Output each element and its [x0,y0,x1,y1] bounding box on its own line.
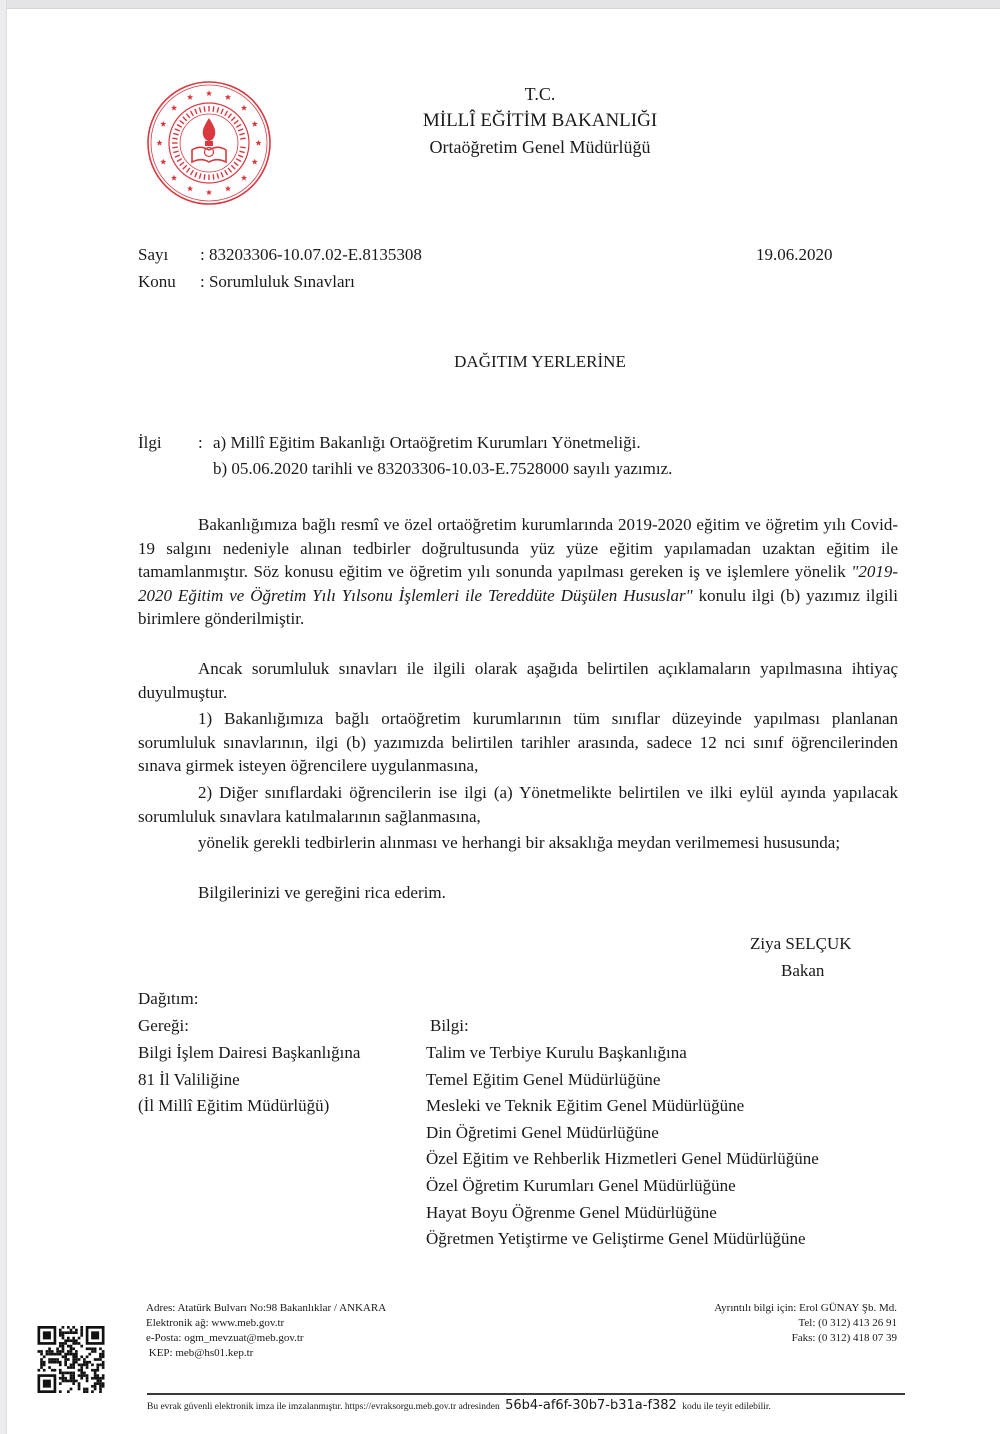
bilgi-item: Özel Öğretim Kurumları Genel Müdürlüğüne [426,1173,819,1200]
viewer-left-edge [0,0,7,1434]
body-paragraph-2: Ancak sorumluluk sınavları ile ilgili ol… [138,657,898,704]
konu-label: Konu [138,272,200,292]
ilgi-label: İlgi [138,433,162,453]
body-paragraph-5: yönelik gerekli tedbirlerin alınması ve … [138,831,898,855]
geregi-list: Bilgi İşlem Dairesi Başkanlığına 81 İl V… [138,1040,360,1120]
footer-contact-left: Adres: Atatürk Bulvarı No:98 Bakanlıklar… [146,1301,386,1361]
document-date: 19.06.2020 [756,245,833,265]
header-directorate: Ortaöğretim Genel Müdürlüğü [340,137,740,158]
header-tc: T.C. [340,84,740,105]
addressee: DAĞITIM YERLERİNE [340,352,740,372]
bilgi-item: Temel Eğitim Genel Müdürlüğüne [426,1067,819,1094]
sayi-label: Sayı [138,245,200,265]
verification-note: Bu evrak güvenli elektronik imza ile imz… [147,1398,771,1413]
sayi-value: : 83203306-10.07.02-E.8135308 [200,245,422,264]
footer-email: e-Posta: ogm_mevzuat@meb.gov.tr [146,1331,386,1346]
body-paragraph-1: Bakanlığımıza bağlı resmî ve özel ortaöğ… [138,513,898,631]
sayi-row: Sayı: 83203306-10.07.02-E.8135308 [138,245,422,265]
geregi-item: Bilgi İşlem Dairesi Başkanlığına [138,1040,360,1067]
geregi-item: 81 İl Valiliğine [138,1067,360,1094]
ilgi-a: a) Millî Eğitim Bakanlığı Ortaöğretim Ku… [213,433,641,453]
ilgi-colon: : [198,433,203,453]
footer-kep: KEP: meb@hs01.kep.tr [146,1346,386,1361]
verify-suffix: kodu ile teyit edilebilir. [682,1402,771,1412]
footer-divider [147,1393,905,1395]
body-paragraph-4: 2) Diğer sınıflardaki öğrencilerin ise i… [138,781,898,828]
footer-fax: Faks: (0 312) 418 07 39 [714,1331,897,1346]
konu-row: Konu: Sorumluluk Sınavları [138,272,355,292]
footer-contact-person: Ayrıntılı bilgi için: Erol GÜNAY Şb. Md. [714,1301,897,1316]
ministry-seal-icon [146,80,272,206]
bilgi-label: Bilgi: [430,1016,469,1036]
p1-text-start: Bakanlığımıza bağlı resmî ve özel ortaöğ… [138,515,898,581]
bilgi-item: Din Öğretimi Genel Müdürlüğüne [426,1120,819,1147]
ilgi-b: b) 05.06.2020 tarihli ve 83203306-10.03-… [213,459,672,479]
geregi-label: Gereği: [138,1016,189,1036]
verify-code: 56b4-af6f-30b7-b31a-f382 [505,1398,677,1413]
footer-web: Elektronik ağ: www.meb.gov.tr [146,1316,386,1331]
footer-address: Adres: Atatürk Bulvarı No:98 Bakanlıklar… [146,1301,386,1316]
body-paragraph-6: Bilgilerinizi ve gereğini rica ederim. [138,881,898,905]
footer-tel: Tel: (0 312) 413 26 91 [714,1316,897,1331]
distribution-title: Dağıtım: [138,989,198,1009]
qr-code-icon[interactable] [37,1326,105,1393]
bilgi-item: Hayat Boyu Öğrenme Genel Müdürlüğüne [426,1200,819,1227]
signatory-title: Bakan [781,961,824,981]
footer-contact-right: Ayrıntılı bilgi için: Erol GÜNAY Şb. Md.… [714,1301,897,1346]
verify-prefix: Bu evrak güvenli elektronik imza ile imz… [147,1402,500,1412]
header-ministry: MİLLÎ EĞİTİM BAKANLIĞI [340,110,740,132]
viewer-top-bar [0,0,1000,9]
bilgi-item: Öğretmen Yetiştirme ve Geliştirme Genel … [426,1226,819,1253]
bilgi-list: Talim ve Terbiye Kurulu Başkanlığına Tem… [426,1040,819,1253]
body-paragraph-3: 1) Bakanlığımıza bağlı ortaöğretim kurum… [138,707,898,778]
signatory-name: Ziya SELÇUK [750,934,852,954]
bilgi-item: Talim ve Terbiye Kurulu Başkanlığına [426,1040,819,1067]
bilgi-item: Mesleki ve Teknik Eğitim Genel Müdürlüğü… [426,1093,819,1120]
geregi-item: (İl Millî Eğitim Müdürlüğü) [138,1093,360,1120]
konu-value: : Sorumluluk Sınavları [200,272,355,291]
bilgi-item: Özel Eğitim ve Rehberlik Hizmetleri Gene… [426,1146,819,1173]
